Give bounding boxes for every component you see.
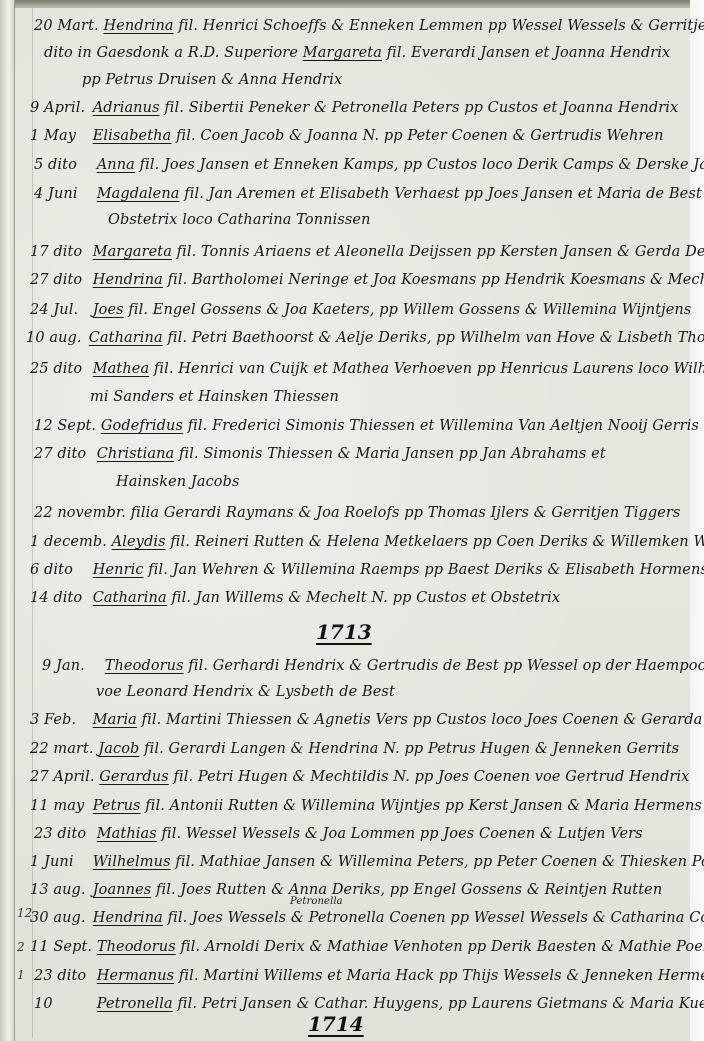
entry-text: fil. Sibertii Peneker & Petronella Peter… [164,100,678,116]
child-name: Joes [93,302,124,318]
register-entry: 4 Juni Magdalena fil. Jan Aremen et Elis… [34,186,702,202]
book-binding [0,0,15,1041]
register-entry: 9 April. Adrianus fil. Sibertii Peneker … [30,100,678,116]
register-entry: 23 dito Hermanus fil. Martini Willems et… [34,968,704,984]
entry-text: fil. Jan Willems & Mechelt N. pp Custos … [171,590,560,606]
entry-text: fil. Henrici van Cuijk et Mathea Verhoev… [154,361,704,377]
entry-date: 27 April. [30,769,95,785]
child-name: Theodorus [97,939,176,955]
register-entry: 3 Feb. Maria fil. Martini Thiessen & Agn… [30,712,702,728]
child-name: Henric [93,562,144,578]
register-entry: Obstetrix loco Catharina Tonnissen [108,212,371,228]
margin-number: 2 [17,940,25,954]
entry-text: fil. Mathiae Jansen & Willemina Peters, … [175,854,704,870]
entry-date: 1 Juni [30,854,88,870]
register-entry: 1 decemb. Aleydis fil. Reineri Rutten & … [30,534,704,550]
child-name: Hermanus [97,968,174,984]
entry-text: fil. Joes Wessels & Petronella Coenen pp… [168,910,704,926]
entry-date: 24 Jul. [30,302,88,318]
entry-date: 22 mart. [30,741,94,757]
entry-date: 9 April. [30,100,88,116]
child-name: Margareta [303,45,382,61]
entry-date: 30 aug. [30,910,88,926]
child-name: Gerardus [99,769,169,785]
register-entry: 27 dito Hendrina fil. Bartholomei Nering… [30,272,704,288]
child-name: Theodorus [105,658,184,674]
register-entry: 11 may Petrus fil. Antonii Rutten & Will… [30,798,702,814]
entry-text: voe Leonard Hendrix & Lysbeth de Best [96,684,395,700]
child-name: Aleydis [112,534,166,550]
register-entry: 24 Jul. Joes fil. Engel Gossens & Joa Ka… [30,302,691,318]
entry-text: fil. Antonii Rutten & Willemina Wijntjes… [145,798,702,814]
child-name: Jacob [98,741,139,757]
entry-date: 3 Feb. [30,712,88,728]
child-name: Anna [97,157,135,173]
register-entry: 11 Sept. Theodorus fil. Arnoldi Derix & … [30,939,704,955]
entry-text: fil. Henrici Schoeffs & Enneken Lemmen p… [178,18,704,34]
entry-date: 9 Jan. [42,658,100,674]
child-name: Catharina [93,590,167,606]
register-entry: 30 aug. Hendrina fil. Joes Wessels & Pet… [30,910,704,926]
entry-date: 4 Juni [34,186,92,202]
entry-date: 11 may [30,798,88,814]
entry-text: fil. Gerardi Langen & Hendrina N. pp Pet… [144,741,679,757]
entry-text: fil. Frederici Simonis Thiessen et Wille… [188,418,699,434]
entry-text: fil. Martini Willems et Maria Hack pp Th… [179,968,704,984]
child-name: Joannes [93,882,152,898]
child-name: Petrus [93,798,141,814]
entry-date: 17 dito [30,244,88,260]
register-entry: 27 April. Gerardus fil. Petri Hugen & Me… [30,769,689,785]
entry-date: 10 [34,996,92,1012]
entry-text: fil. Joes Jansen et Enneken Kamps, pp Cu… [140,157,704,173]
register-entry: 10 aug. Catharina fil. Petri Baethoorst … [26,330,704,346]
year-heading: 1714 [308,1012,364,1036]
entry-text: Hainsken Jacobs [116,474,240,490]
child-name: Maria [93,712,137,728]
entry-date: 10 aug. [26,330,84,346]
child-name: Hendrina [93,272,163,288]
child-name: Godefridus [101,418,183,434]
child-name: Adrianus [93,100,160,116]
register-entry: 9 Jan. Theodorus fil. Gerhardi Hendrix &… [42,658,704,674]
entry-text: Obstetrix loco Catharina Tonnissen [108,212,371,228]
margin-number: 1 [17,968,25,982]
entry-text: fil. Martini Thiessen & Agnetis Vers pp … [142,712,703,728]
entry-date: 6 dito [30,562,88,578]
entry-date: 27 dito [30,272,88,288]
register-entry: 23 dito Mathias fil. Wessel Wessels & Jo… [34,826,643,842]
entry-text: fil. Engel Gossens & Joa Kaeters, pp Wil… [128,302,691,318]
entry-date: 27 dito [34,446,92,462]
entry-text: fil. Simonis Thiessen & Maria Jansen pp … [179,446,606,462]
entry-text: mi Sanders et Hainsken Thiessen [90,389,339,405]
register-entry: 13 aug. Joannes fil. Joes Rutten & Anna … [30,882,662,898]
entry-date: 1 decemb. [30,534,107,550]
child-name: Mathias [97,826,157,842]
register-entry: dito in Gaesdonk a R.D. Superiore Margar… [44,45,670,61]
child-name: Wilhelmus [93,854,171,870]
register-entry: 20 Mart. Hendrina fil. Henrici Schoeffs … [34,18,704,34]
entry-date: 20 Mart. [34,18,99,34]
entry-date: 25 dito [30,361,88,377]
register-entry: 1 May Elisabetha fil. Coen Jacob & Joann… [30,128,664,144]
entry-date: 5 dito [34,157,92,173]
child-name: Catharina [89,330,163,346]
entry-text: fil. Petri Baethoorst & Aelje Deriks, pp… [167,330,704,346]
child-name: Mathea [93,361,149,377]
entry-date: 1 May [30,128,88,144]
entry-text: fil. Wessel Wessels & Joa Lommen pp Joes… [162,826,643,842]
entry-date: 22 novembr. [34,505,126,521]
register-entry: 5 dito Anna fil. Joes Jansen et Enneken … [34,157,704,173]
year-heading: 1713 [316,620,372,644]
register-entry: 25 dito Mathea fil. Henrici van Cuijk et… [30,361,704,377]
entry-date: 12 Sept. [34,418,96,434]
entry-date: 23 dito [34,968,92,984]
register-entry: voe Leonard Hendrix & Lysbeth de Best [96,684,395,700]
register-entry: 6 dito Henric fil. Jan Wehren & Willemin… [30,562,704,578]
child-name: Hendrina [93,910,163,926]
register-entry: 14 dito Catharina fil. Jan Willems & Mec… [30,590,560,606]
entry-date: 13 aug. [30,882,88,898]
register-entry: Hainsken Jacobs [116,474,240,490]
entry-text: fil. Petri Jansen & Cathar. Huygens, pp … [177,996,704,1012]
register-entry: 17 dito Margareta fil. Tonnis Ariaens et… [30,244,704,260]
scan-top-edge [0,0,704,8]
register-entry: 10 Petronella fil. Petri Jansen & Cathar… [34,996,704,1012]
entry-date: 23 dito [34,826,92,842]
entry-text: fil. Joes Rutten & Anna Deriks, pp Engel… [156,882,662,898]
child-name: Margareta [93,244,172,260]
entry-text: fil. Arnoldi Derix & Mathiae Venhoten pp… [180,939,704,955]
entry-date: dito in Gaesdonk a R.D. Superiore [44,45,298,61]
child-name: Petronella [97,996,173,1012]
entry-text: pp Petrus Druisen & Anna Hendrix [82,72,342,88]
interlinear-note: Petronella [290,896,343,907]
register-entry: mi Sanders et Hainsken Thiessen [90,389,339,405]
child-name: Christiana [97,446,175,462]
entry-date: 14 dito [30,590,88,606]
entry-text: fil. Petri Hugen & Mechtildis N. pp Joes… [174,769,690,785]
entry-text: fil. Bartholomei Neringe et Joa Koesmans… [168,272,704,288]
entry-date: 11 Sept. [30,939,92,955]
register-entry: 1 Juni Wilhelmus fil. Mathiae Jansen & W… [30,854,704,870]
entry-text: fil. Jan Aremen et Elisabeth Verhaest pp… [184,186,702,202]
entry-text: filia Gerardi Raymans & Joa Roelofs pp T… [131,505,681,521]
entry-text: fil. Tonnis Ariaens et Aleonella Deijsse… [177,244,704,260]
register-entry: 27 dito Christiana fil. Simonis Thiessen… [34,446,606,462]
register-entry: pp Petrus Druisen & Anna Hendrix [82,72,342,88]
child-name: Hendrina [103,18,173,34]
entry-text: fil. Everardi Jansen et Joanna Hendrix [387,45,671,61]
register-entry: 12 Sept. Godefridus fil. Frederici Simon… [34,418,699,434]
register-entry: 22 novembr. filia Gerardi Raymans & Joa … [34,505,680,521]
entry-text: fil. Jan Wehren & Willemina Raemps pp Ba… [148,562,704,578]
entry-text: fil. Coen Jacob & Joanna N. pp Peter Coe… [176,128,663,144]
entry-text: fil. Reineri Rutten & Helena Metkelaers … [170,534,704,550]
child-name: Magdalena [97,186,180,202]
child-name: Elisabetha [93,128,172,144]
entry-text: fil. Gerhardi Hendrix & Gertrudis de Bes… [188,658,704,674]
register-entry: 22 mart. Jacob fil. Gerardi Langen & Hen… [30,741,679,757]
margin-number: 12 [17,906,32,920]
